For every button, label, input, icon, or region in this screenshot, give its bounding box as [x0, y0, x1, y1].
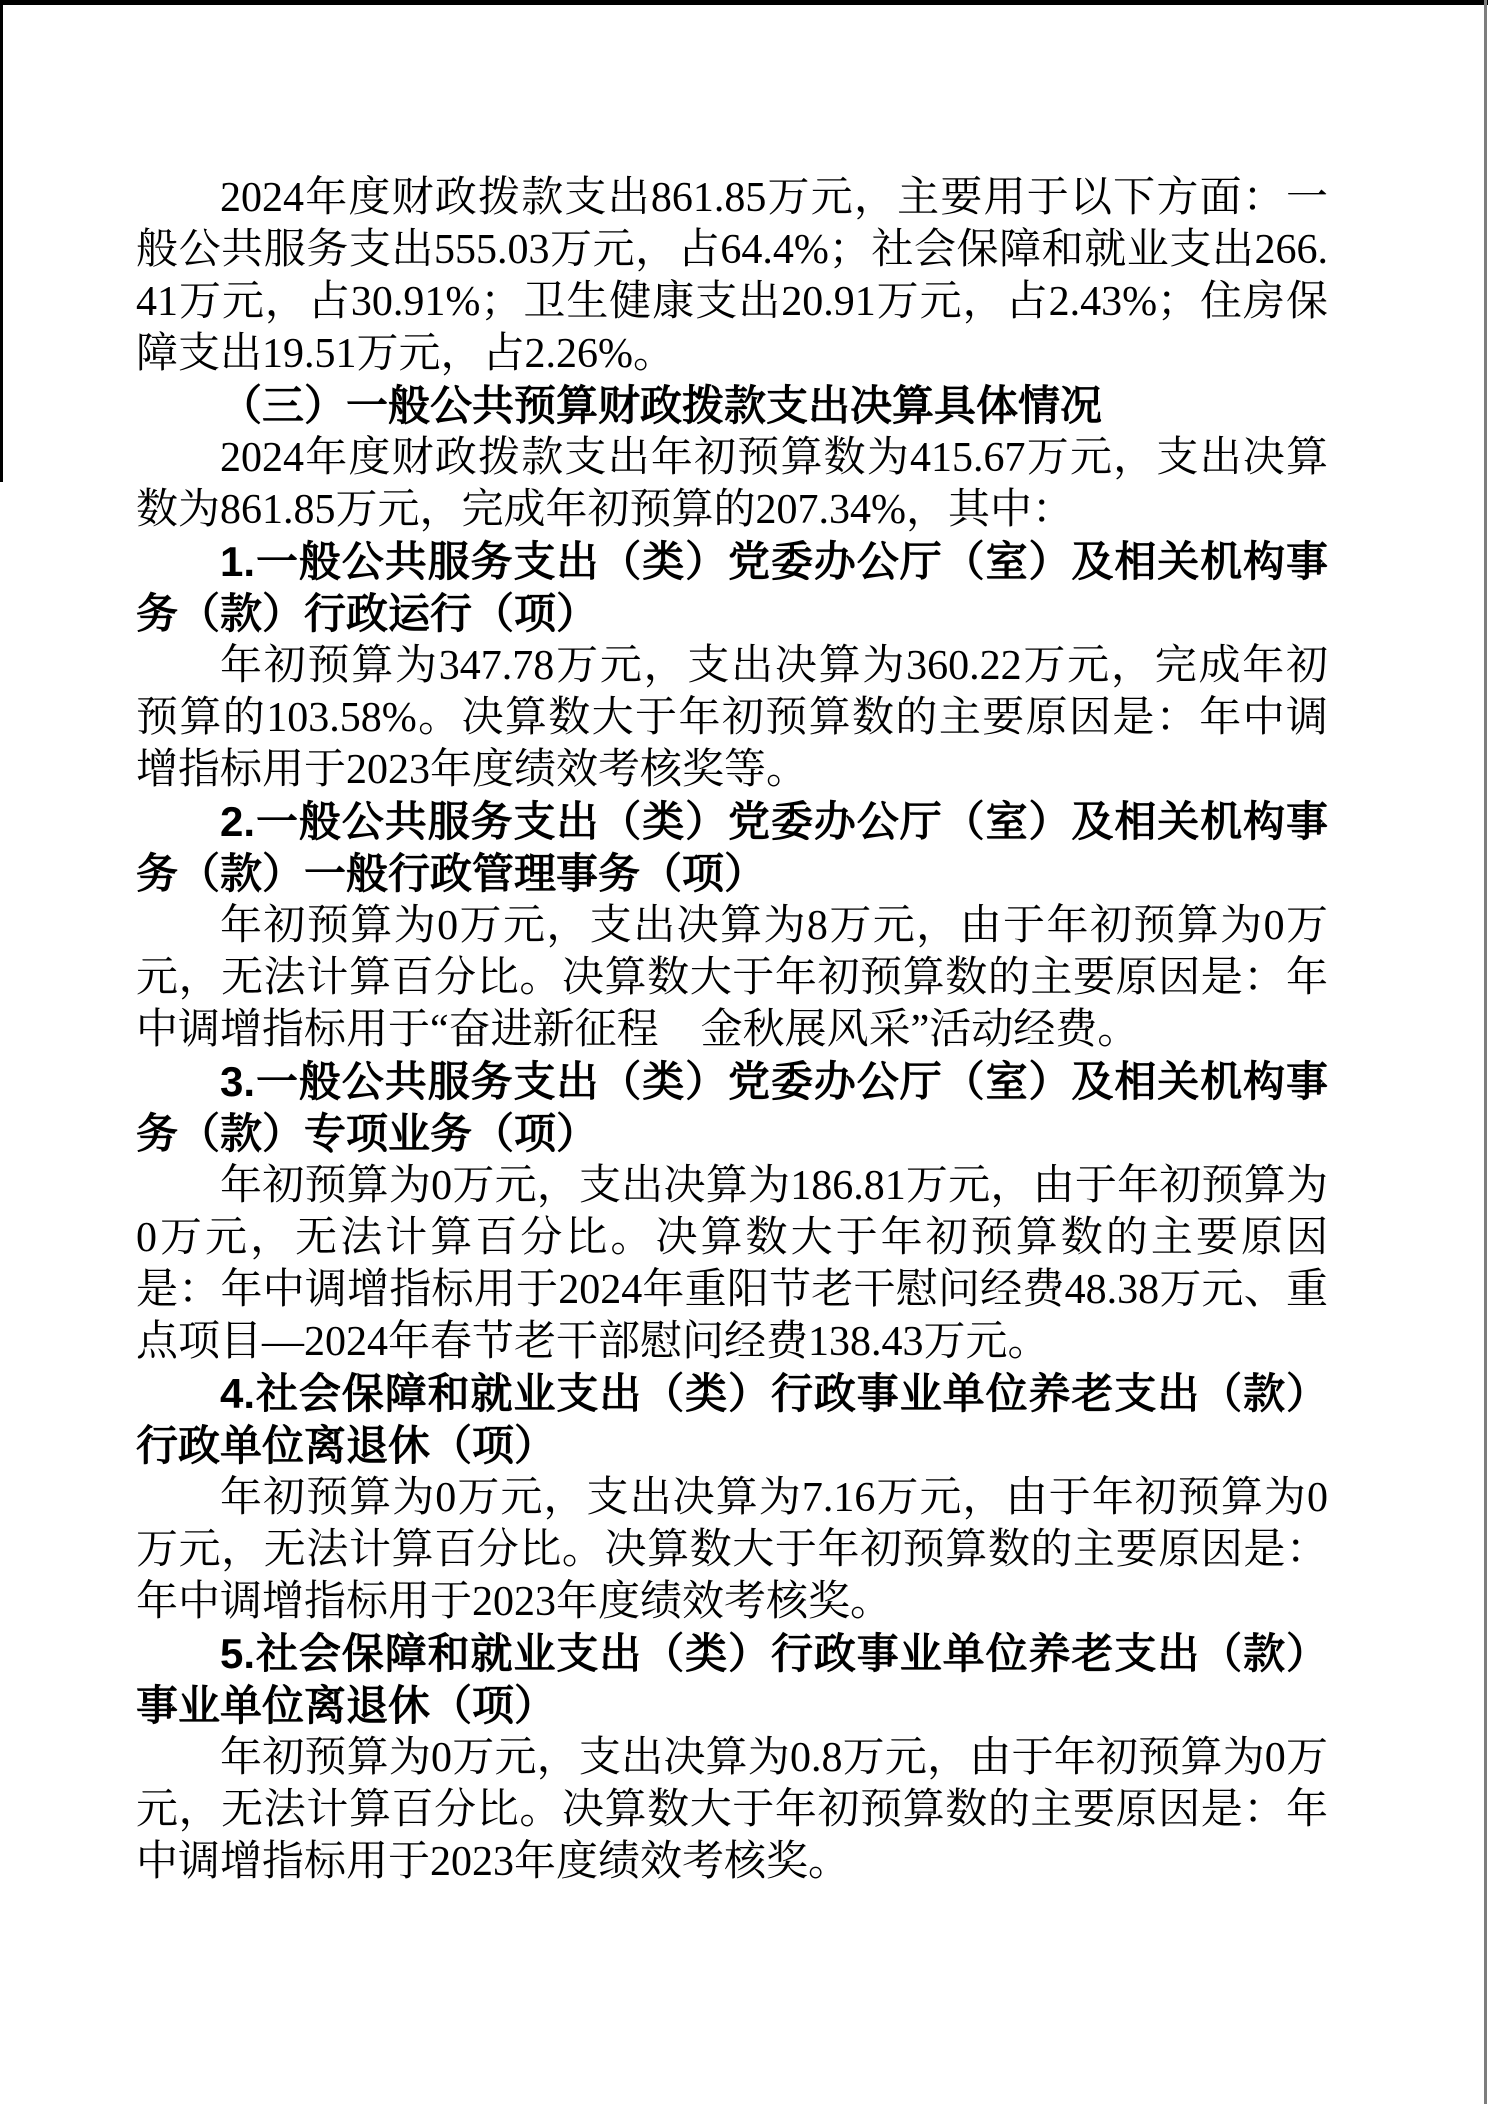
- section-heading: 5.社会保障和就业支出（类）行政事业单位养老支出（款）事业单位离退休（项）: [136, 1628, 1328, 1732]
- section-heading: 1.一般公共服务支出（类）党委办公厅（室）及相关机构事务（款）行政运行（项）: [136, 536, 1328, 640]
- paragraph: 年初预算为0万元，支出决算为0.8万元，由于年初预算为0万元，无法计算百分比。决…: [136, 1732, 1328, 1888]
- paragraph: 2024年度财政拨款支出861.85万元，主要用于以下方面：一般公共服务支出55…: [136, 172, 1328, 380]
- section-heading: 4.社会保障和就业支出（类）行政事业单位养老支出（款）行政单位离退休（项）: [136, 1368, 1328, 1472]
- paragraph: 2024年度财政拨款支出年初预算数为415.67万元，支出决算数为861.85万…: [136, 432, 1328, 536]
- paragraph: 年初预算为0万元，支出决算为186.81万元，由于年初预算为0万元，无法计算百分…: [136, 1160, 1328, 1368]
- paragraph: 年初预算为0万元，支出决算为8万元，由于年初预算为0万元，无法计算百分比。决算数…: [136, 900, 1328, 1056]
- section-heading: 2.一般公共服务支出（类）党委办公厅（室）及相关机构事务（款）一般行政管理事务（…: [136, 796, 1328, 900]
- scan-edge-top-bar: [0, 0, 1488, 5]
- paragraph: 年初预算为347.78万元，支出决算为360.22万元，完成年初预算的103.5…: [136, 640, 1328, 796]
- section-heading: 3.一般公共服务支出（类）党委办公厅（室）及相关机构事务（款）专项业务（项）: [136, 1056, 1328, 1160]
- document-body: 2024年度财政拨款支出861.85万元，主要用于以下方面：一般公共服务支出55…: [136, 172, 1328, 1888]
- document-page: 2024年度财政拨款支出861.85万元，主要用于以下方面：一般公共服务支出55…: [0, 0, 1488, 2104]
- section-heading: （三）一般公共预算财政拨款支出决算具体情况: [136, 380, 1328, 432]
- paragraph: 年初预算为0万元，支出决算为7.16万元，由于年初预算为0万元，无法计算百分比。…: [136, 1472, 1328, 1628]
- scan-edge-left-line: [0, 0, 3, 482]
- scan-edge-right-line: [1484, 0, 1487, 2104]
